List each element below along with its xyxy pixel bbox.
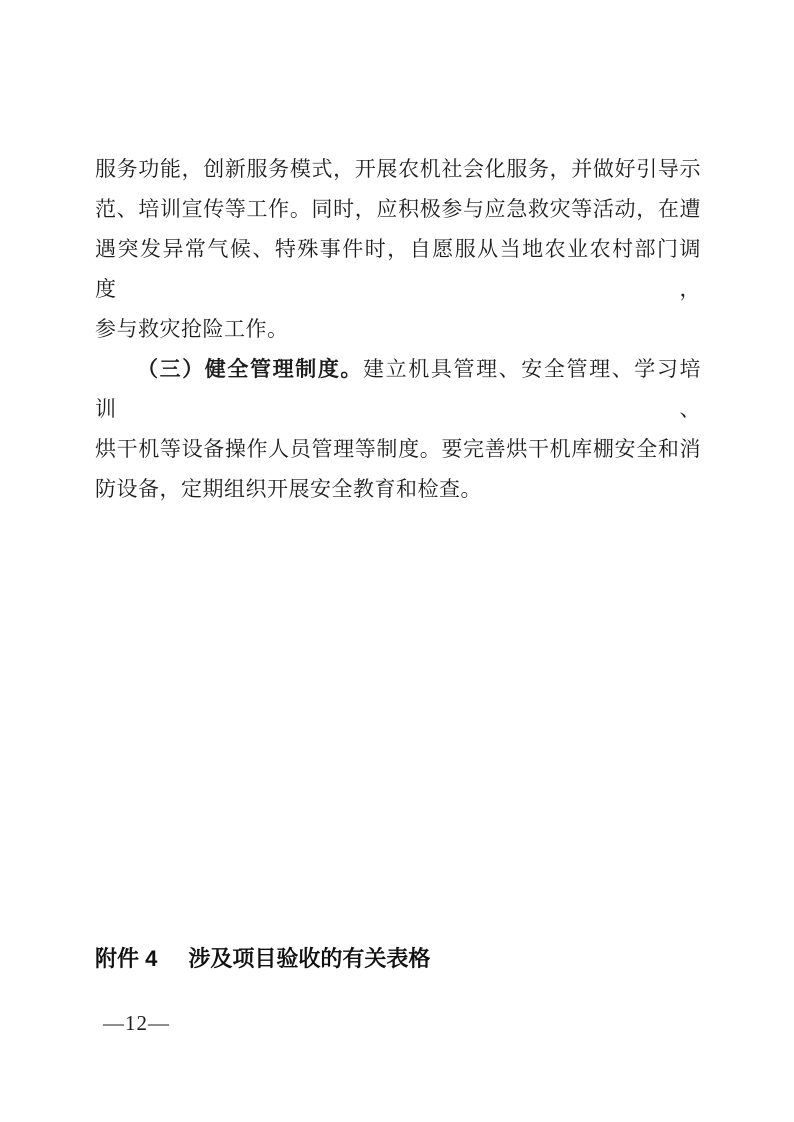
attachment-label: 附件 4 <box>95 946 157 971</box>
body-line: 范、培训宣传等工作。同时，应积极参与应急救灾等活动，在遭 <box>95 189 701 229</box>
attachment-row: 附件 4涉及项目验收的有关表格 <box>95 944 430 974</box>
document-page: 服务功能，创新服务模式，开展农机社会化服务，并做好引导示 范、培训宣传等工作。同… <box>0 0 794 1122</box>
body-line: 烘干机等设备操作人员管理等制度。要完善烘干机库棚安全和消 <box>95 429 701 469</box>
body-line: 防设备，定期组织开展安全教育和检查。 <box>95 469 701 509</box>
attachment-title: 涉及项目验收的有关表格 <box>188 946 430 971</box>
body-text: 服务功能，创新服务模式，开展农机社会化服务，并做好引导示 范、培训宣传等工作。同… <box>95 149 701 509</box>
body-line: 参与救灾抢险工作。 <box>95 309 701 349</box>
body-line: 服务功能，创新服务模式，开展农机社会化服务，并做好引导示 <box>95 149 701 189</box>
page-number: —12— <box>103 1010 170 1036</box>
body-line: 遇突发异常气候、特殊事件时，自愿服从当地农业农村部门调度， <box>95 229 701 309</box>
body-line: （三）健全管理制度。建立机具管理、安全管理、学习培训、 <box>95 349 701 429</box>
paragraph-lead-heading: （三）健全管理制度。 <box>137 357 363 381</box>
